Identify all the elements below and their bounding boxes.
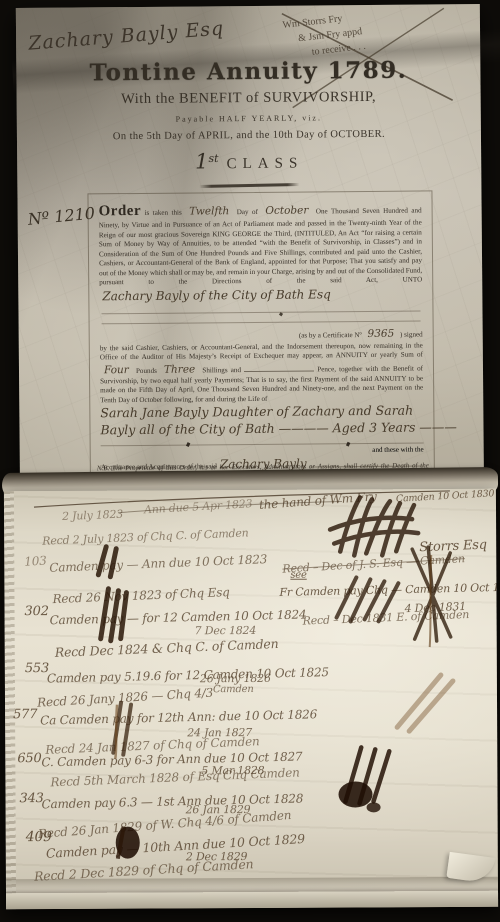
photo-of-documents: { "palette":{ "background":"#0e0c09", "p… (0, 0, 500, 922)
ledger-entry: Camden pay — Ann due 10 Oct 1823 (49, 552, 267, 575)
order-lead-word: Order (99, 203, 142, 219)
ledger-entry-crossed: Recd – Dec of J. S. Esq — Camden (282, 552, 465, 575)
annuity-shillings-word: Shillings and (202, 366, 241, 374)
ledger-entry: 7 Dec 1824 (195, 624, 257, 637)
ledger-entry-number: 343 (19, 791, 43, 806)
class-number-script: 1 (195, 149, 209, 173)
ledger-entry: Camden pay 5.19.6 for 12 Camden 10 Oct 1… (47, 665, 329, 685)
order-text-box: Order is taken this Twelfth Day of Octob… (87, 190, 435, 489)
class-line: 1stCLASS (17, 147, 481, 175)
ledger-entry: see (290, 570, 306, 581)
and-these-note: and these with the (101, 443, 424, 457)
annuity-pence-word: Pence, together (317, 365, 362, 373)
document-subtitle: With the BENEFIT of SURVIVORSHIP, (17, 88, 481, 109)
order-paragraph: Order is taken this Twelfth Day of Octob… (99, 199, 423, 304)
ornamental-rule (199, 183, 299, 188)
ledger-entry: Fr Camden pay Chq — Camden 10 Oct 1831 (279, 580, 498, 598)
owner-name-handwritten: Zachary Bayly Esq (28, 17, 225, 54)
ledger-entry-number: 577 (13, 707, 37, 722)
order-seg1: is taken this (145, 209, 182, 217)
blank-pence-line (244, 364, 314, 372)
annuity-body1: by the said Cashier, Cashiers, or Accoun… (100, 341, 423, 361)
payment-ledger-sheet: 2 July 1823 Ann due 5 Apr 1823 the hand … (4, 489, 498, 910)
order-body: One Thousand Seven Hundred and Ninety, b… (99, 207, 423, 287)
order-month-handwritten: October (261, 204, 312, 216)
payment-days-line: On the 5th Day of APRIL, and the 10th Da… (17, 128, 481, 143)
certificate-pre: (as by a Certificate Nº (299, 331, 362, 340)
ledger-entry: Ca Camden pay for 12th Ann: due 10 Oct 1… (40, 707, 317, 727)
ledger-entry: Recd Dec 1824 & Chq C. of Camden (55, 636, 279, 660)
crinkled-left-edge (4, 491, 16, 909)
ledger-entry: 2 July 1823 (62, 508, 123, 523)
nominee-name-line2: Bayly all of the City of Bath ———— Aged … (100, 420, 423, 438)
payable-line: Payable HALF YEARLY, viz. (17, 112, 481, 125)
certificate-post: ) signed (400, 330, 423, 338)
annuity-shillings-handwritten: Three (160, 363, 199, 375)
ledger-entry: the hand of Wm Fry (259, 489, 378, 512)
certificate-number-handwritten: 9365 (363, 327, 398, 339)
annuity-paragraph: by the said Cashier, Cashiers, or Accoun… (100, 341, 424, 405)
ledger-entry-number: 409 (26, 829, 52, 845)
ledger-entry: Camden pay — for 12 Camden 10 Oct 1824 (49, 607, 306, 627)
ledger-entry: Camden (213, 684, 254, 695)
nominee-name-line1: Sarah Jane Bayly Daughter of Zachary and… (100, 403, 423, 421)
ledger-entry: Camden pay 6.3 — 1st Ann due 10 Oct 1828 (41, 791, 303, 811)
annuity-pounds-word: Pounds (136, 366, 157, 374)
document-title: Tontine Annuity 1789. (16, 56, 480, 87)
ledger-entry: Recd – Dec 1831 E. of Camden (302, 608, 469, 628)
ledger-entry-number: 650 (17, 751, 41, 766)
ledger-entry: Ann due 5 Apr 1823 (144, 497, 253, 516)
class-ordinal-suffix: st (208, 152, 218, 165)
ledger-entry-number: 103 (24, 553, 47, 568)
certificate-line: (as by a Certificate Nº 9365 ) signed (100, 327, 423, 342)
ledger-entry-number: 302 (25, 604, 49, 619)
warrant-number: Nº 1210 (27, 203, 96, 228)
ledger-entry: Recd 5th March 1828 of Esq Chq Camden (50, 765, 300, 789)
ledger-entry-number: 553 (25, 661, 49, 676)
order-day-handwritten: Twelfth (185, 205, 233, 217)
ledger-entry: Recd 26 Nov 1823 of Chq Esq (52, 585, 230, 606)
corner-note-handwritten: Wm Storrs Fry & Jsm Fry appd to receive … (282, 9, 367, 63)
class-word: CLASS (227, 156, 304, 173)
order-seg2: Day of (237, 208, 258, 216)
tontine-order-sheet: Zachary Bayly Esq Wm Storrs Fry & Jsm Fr… (16, 4, 484, 508)
order-payee-handwritten: Zachary Bayly of the City of Bath Esq (99, 287, 334, 303)
ledger-entry: Recd 26 Jany 1826 — Chq 4/3 (37, 686, 214, 710)
annuity-pounds-handwritten: Four (100, 364, 133, 376)
parchment-bottom-fold (4, 891, 498, 910)
ledger-entry: Camden 10 Oct 1830 (396, 489, 495, 505)
ledger-entry: Recd 2 July 1823 of Chq C. of Camden (42, 526, 249, 547)
